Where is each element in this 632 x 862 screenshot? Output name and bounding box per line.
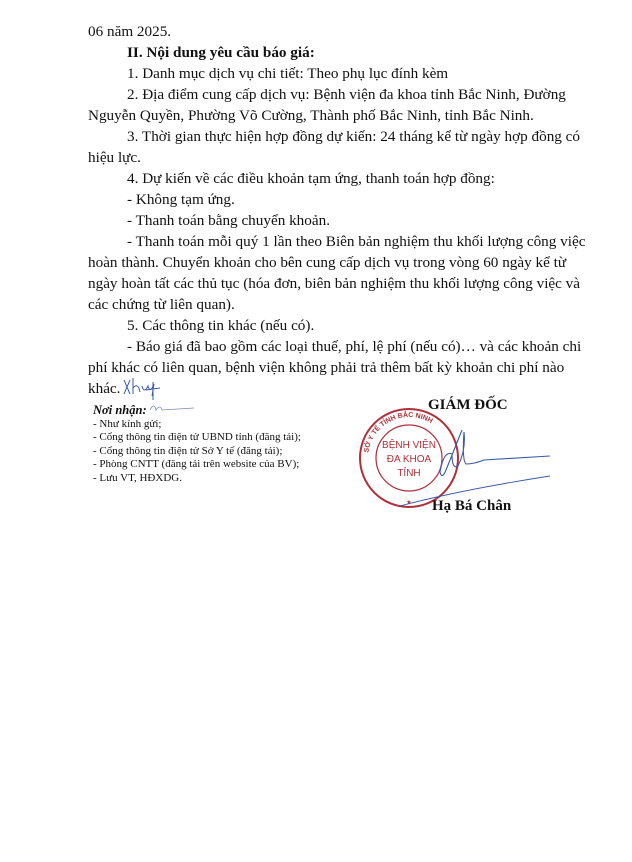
text-line: 2. Địa điểm cung cấp dịch vụ: Bệnh viện … <box>127 85 566 105</box>
text-line: - Báo giá đã bao gồm các loại thuế, phí,… <box>127 337 581 357</box>
text-line: các chứng từ liên quan). <box>88 295 235 315</box>
initials-signature <box>120 372 166 402</box>
text-line: 4. Dự kiến về các điều khoản tạm ứng, th… <box>127 169 495 189</box>
text-line: 06 năm 2025. <box>88 22 171 42</box>
recipient-item: - Cổng thông tin điện tử UBND tỉnh (đăng… <box>93 431 301 445</box>
text-line: khác. <box>88 379 120 399</box>
text-line: hiệu lực. <box>88 148 141 168</box>
recipient-item: - Lưu VT, HĐXDG. <box>93 472 301 486</box>
text-line: 1. Danh mục dịch vụ chi tiết: Theo phụ l… <box>127 64 448 84</box>
recipients-block: Nơi nhận: - Như kính gửi; - Cổng thông t… <box>93 404 301 485</box>
document-page: 06 năm 2025. II. Nội dung yêu cầu báo gi… <box>0 0 632 862</box>
section-heading: II. Nội dung yêu cầu báo giá: <box>127 43 315 63</box>
text-line: - Không tạm ứng. <box>127 190 235 210</box>
recipient-item: - Như kính gửi; <box>93 418 301 432</box>
recipient-item: - Cổng thông tin điện tử Sở Y tế (đăng t… <box>93 445 301 459</box>
recipients-initials <box>148 400 198 416</box>
text-line: hoàn thành. Chuyển khoản cho bên cung cấ… <box>88 253 566 273</box>
recipient-item: - Phòng CNTT (đăng tải trên website của … <box>93 458 301 472</box>
text-line: 3. Thời gian thực hiện hợp đồng dự kiến:… <box>127 127 580 147</box>
signer-name: Hạ Bá Chân <box>432 498 511 515</box>
text-line: 5. Các thông tin khác (nếu có). <box>127 316 314 336</box>
text-line: - Thanh toán bằng chuyển khoản. <box>127 211 330 231</box>
text-line: Nguyễn Quyền, Phường Võ Cường, Thành phố… <box>88 106 534 126</box>
text-line: ngày hoàn tất các thủ tục (hóa đơn, biên… <box>88 274 580 294</box>
director-signature <box>400 420 550 510</box>
text-line: - Thanh toán mỗi quý 1 lần theo Biên bản… <box>127 232 585 252</box>
